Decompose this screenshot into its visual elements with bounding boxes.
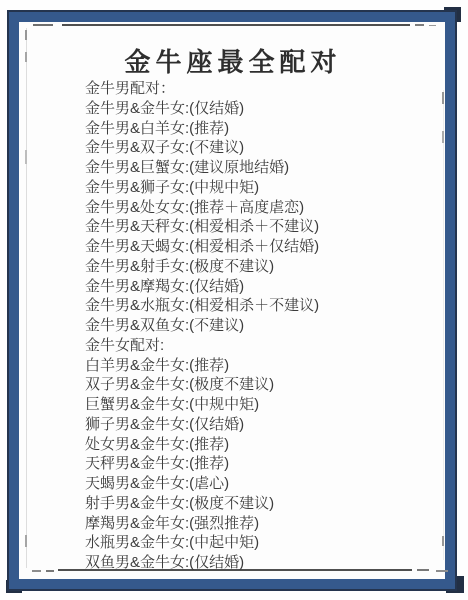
page-edge-dash xyxy=(32,570,41,572)
page-edge-tick xyxy=(25,150,27,164)
pairing-line: 金牛男&白羊女:(推荐) xyxy=(85,119,425,139)
screenshot-canvas: 金牛座最全配对 金牛男配对： 金牛男&金牛女:(仅结婚) 金牛男&白羊女:(推荐… xyxy=(0,0,468,600)
pairing-line: 处女男&金牛女:(推荐) xyxy=(85,435,425,455)
pairing-line: 水瓶男&金牛女:(中起中矩) xyxy=(85,533,425,553)
pairing-line: 金牛男&金牛女:(仅结婚) xyxy=(85,99,425,119)
pairing-line: 双鱼男&金牛女:(仅结婚) xyxy=(85,553,425,573)
page-edge-dash xyxy=(46,570,54,572)
pairing-list: 金牛男配对： 金牛男&金牛女:(仅结婚) 金牛男&白羊女:(推荐) 金牛男&双子… xyxy=(85,79,425,573)
page-edge-tick xyxy=(25,535,27,547)
pairing-line: 金牛男&狮子女:(中规中矩) xyxy=(85,178,425,198)
page-edge-line-right xyxy=(443,90,444,560)
page-edge-dash xyxy=(415,24,424,26)
pairing-line: 金牛男&双子女:(不建议) xyxy=(85,138,425,158)
pairing-line: 摩羯男&金年女:(强烈推荐) xyxy=(85,514,425,534)
page-edge-tick xyxy=(442,92,444,104)
pairing-line: 金牛男&处女女:(推荐＋高度虐恋) xyxy=(85,198,425,218)
pairing-line: 金牛男&天秤女:(相爱相杀＋不建议) xyxy=(85,217,425,237)
page-edge-tick xyxy=(442,536,444,546)
page-edge-dash xyxy=(33,24,53,26)
pairing-line: 金牛男&天蝎女:(相爱相杀＋仅结婚) xyxy=(85,237,425,257)
pairing-line: 金牛男&巨蟹女:(建议原地结婚) xyxy=(85,158,425,178)
pairing-line: 巨蟹男&金牛女:(中规中矩) xyxy=(85,395,425,415)
page-edge-dash xyxy=(429,25,436,26)
pairing-line: 白羊男&金牛女:(推荐) xyxy=(85,356,425,376)
pairing-line: 狮子男&金牛女:(仅结婚) xyxy=(85,415,425,435)
page-edge-line-left xyxy=(26,28,27,568)
pairing-line: 双子男&金牛女:(极度不建议) xyxy=(85,375,425,395)
page-title: 金牛座最全配对 xyxy=(19,46,447,78)
pairing-line: 天蝎男&金牛女:(虐心) xyxy=(85,474,425,494)
page-edge-dash xyxy=(436,570,448,572)
pairing-line: 金牛男&双鱼女:(不建议) xyxy=(85,316,425,336)
page-edge-tick xyxy=(442,131,444,143)
pairing-line: 射手男&金牛女:(极度不建议) xyxy=(85,494,425,514)
section-heading-taurus-female: 金牛女配对: xyxy=(85,336,425,356)
section-heading-taurus-male: 金牛男配对： xyxy=(85,79,425,99)
page-edge-line-top xyxy=(62,24,410,26)
pairing-line: 金牛男&水瓶女:(相爱相杀＋不建议) xyxy=(85,296,425,316)
pairing-line: 金牛男&射手女:(极度不建议) xyxy=(85,257,425,277)
page-edge-tick xyxy=(25,30,27,40)
pairing-line: 天秤男&金牛女:(推荐) xyxy=(85,454,425,474)
pairing-line: 金牛男&摩羯女:(仅结婚) xyxy=(85,277,425,297)
